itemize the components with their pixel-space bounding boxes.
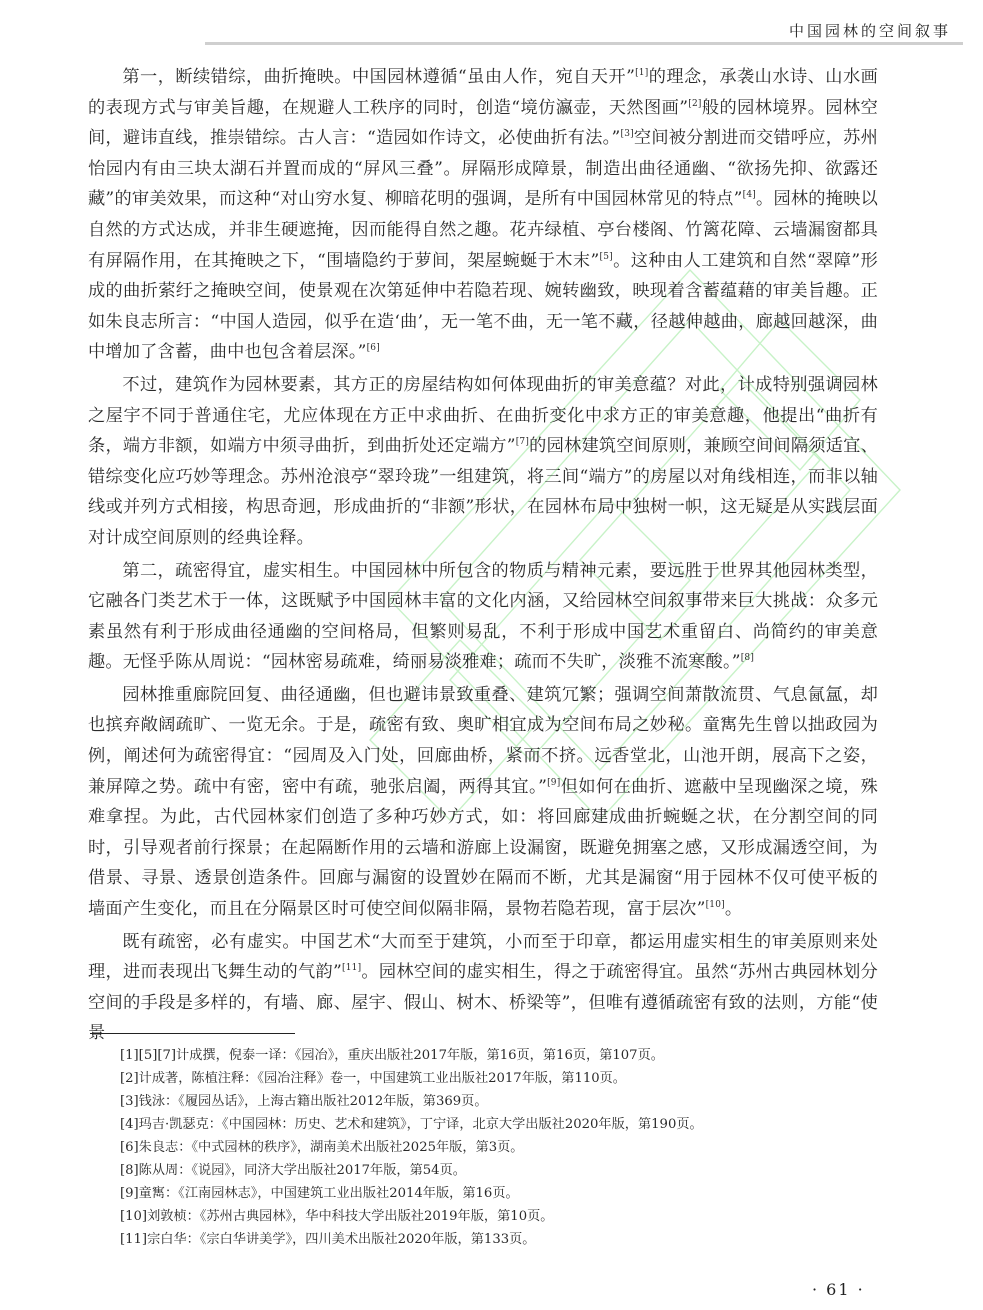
footnote-reference[interactable]: [7] <box>516 437 529 447</box>
footnote: [1][5][7]计成撰，倪泰一译：《园冶》，重庆出版社2017年版，第16页，… <box>120 1044 880 1067</box>
footnote-reference[interactable]: [9] <box>547 778 560 788</box>
footnote: [6]朱良志：《中式园林的秩序》，湖南美术出版社2025年版，第3页。 <box>120 1136 880 1159</box>
footnote-reference[interactable]: [4] <box>743 190 756 200</box>
footnote: [4]玛吉·凯瑟克：《中国园林：历史、艺术和建筑》，丁宁译，北京大学出版社202… <box>120 1113 880 1136</box>
footnote-reference[interactable]: [5] <box>600 252 613 262</box>
paragraph-text: 第二，疏密得宜，虚实相生。中国园林中所包含的物质与精神元素，要远胜于世界其他园林… <box>88 561 878 673</box>
footnote: [2]计成著，陈植注释：《园冶注释》卷一，中国建筑工业出版社2017年版，第11… <box>120 1067 880 1090</box>
running-title: 中国园林的空间叙事 <box>789 20 951 41</box>
page-number: · 61 · <box>812 1280 865 1299</box>
footnote: [10]刘敦桢：《苏州古典园林》，华中科技大学出版社2019年版，第10页。 <box>120 1205 880 1228</box>
body-paragraph: 第一，断续错综，曲折掩映。中国园林遵循“虽由人作，宛自天开”[1]的理念，承袭山… <box>88 62 878 368</box>
paragraph-text: 但如何在曲折、遮蔽中呈现幽深之境，殊难拿捏。为此，古代园林家们创造了多种巧妙方式… <box>88 777 878 919</box>
footnote-reference[interactable]: [10] <box>706 900 725 910</box>
paragraph-text: 。 <box>725 899 742 919</box>
body-paragraph: 园林推重廊院回复、曲径通幽，但也避讳景致重叠、建筑冗繁；强调空间萧散流贯、气息氤… <box>88 680 878 925</box>
footnote-reference[interactable]: [6] <box>367 343 380 353</box>
footnote-reference[interactable]: [3] <box>621 129 634 139</box>
footnote-separator <box>90 1033 295 1034</box>
article-body: 第一，断续错综，曲折掩映。中国园林遵循“虽由人作，宛自天开”[1]的理念，承袭山… <box>88 62 878 1049</box>
footnote-reference[interactable]: [2] <box>688 99 701 109</box>
body-paragraph: 既有疏密，必有虚实。中国艺术“大而至于建筑，小而至于印章，都运用虚实相生的审美原… <box>88 927 878 1049</box>
footnote: [9]童寯：《江南园林志》，中国建筑工业出版社2014年版，第16页。 <box>120 1182 880 1205</box>
body-paragraph: 不过，建筑作为园林要素，其方正的房屋结构如何体现曲折的审美意蕴？对此，计成特别强… <box>88 370 878 554</box>
paragraph-text: 第一，断续错综，曲折掩映。中国园林遵循“虽由人作，宛自天开” <box>122 67 635 87</box>
footnotes: [1][5][7]计成撰，倪泰一译：《园冶》，重庆出版社2017年版，第16页，… <box>120 1044 880 1251</box>
footnote: [3]钱泳：《履园丛话》，上海古籍出版社2012年版，第369页。 <box>120 1090 880 1113</box>
footnote-reference[interactable]: [8] <box>741 653 754 663</box>
footnote-reference[interactable]: [1] <box>635 68 648 78</box>
body-paragraph: 第二，疏密得宜，虚实相生。中国园林中所包含的物质与精神元素，要远胜于世界其他园林… <box>88 556 878 678</box>
footnote: [8]陈从周：《说园》，同济大学出版社2017年版，第54页。 <box>120 1159 880 1182</box>
footnote: [11]宗白华：《宗白华讲美学》，四川美术出版社2020年版，第133页。 <box>120 1228 880 1251</box>
running-header: 中国园林的空间叙事 <box>205 14 963 45</box>
footnote-reference[interactable]: [11] <box>342 963 361 973</box>
